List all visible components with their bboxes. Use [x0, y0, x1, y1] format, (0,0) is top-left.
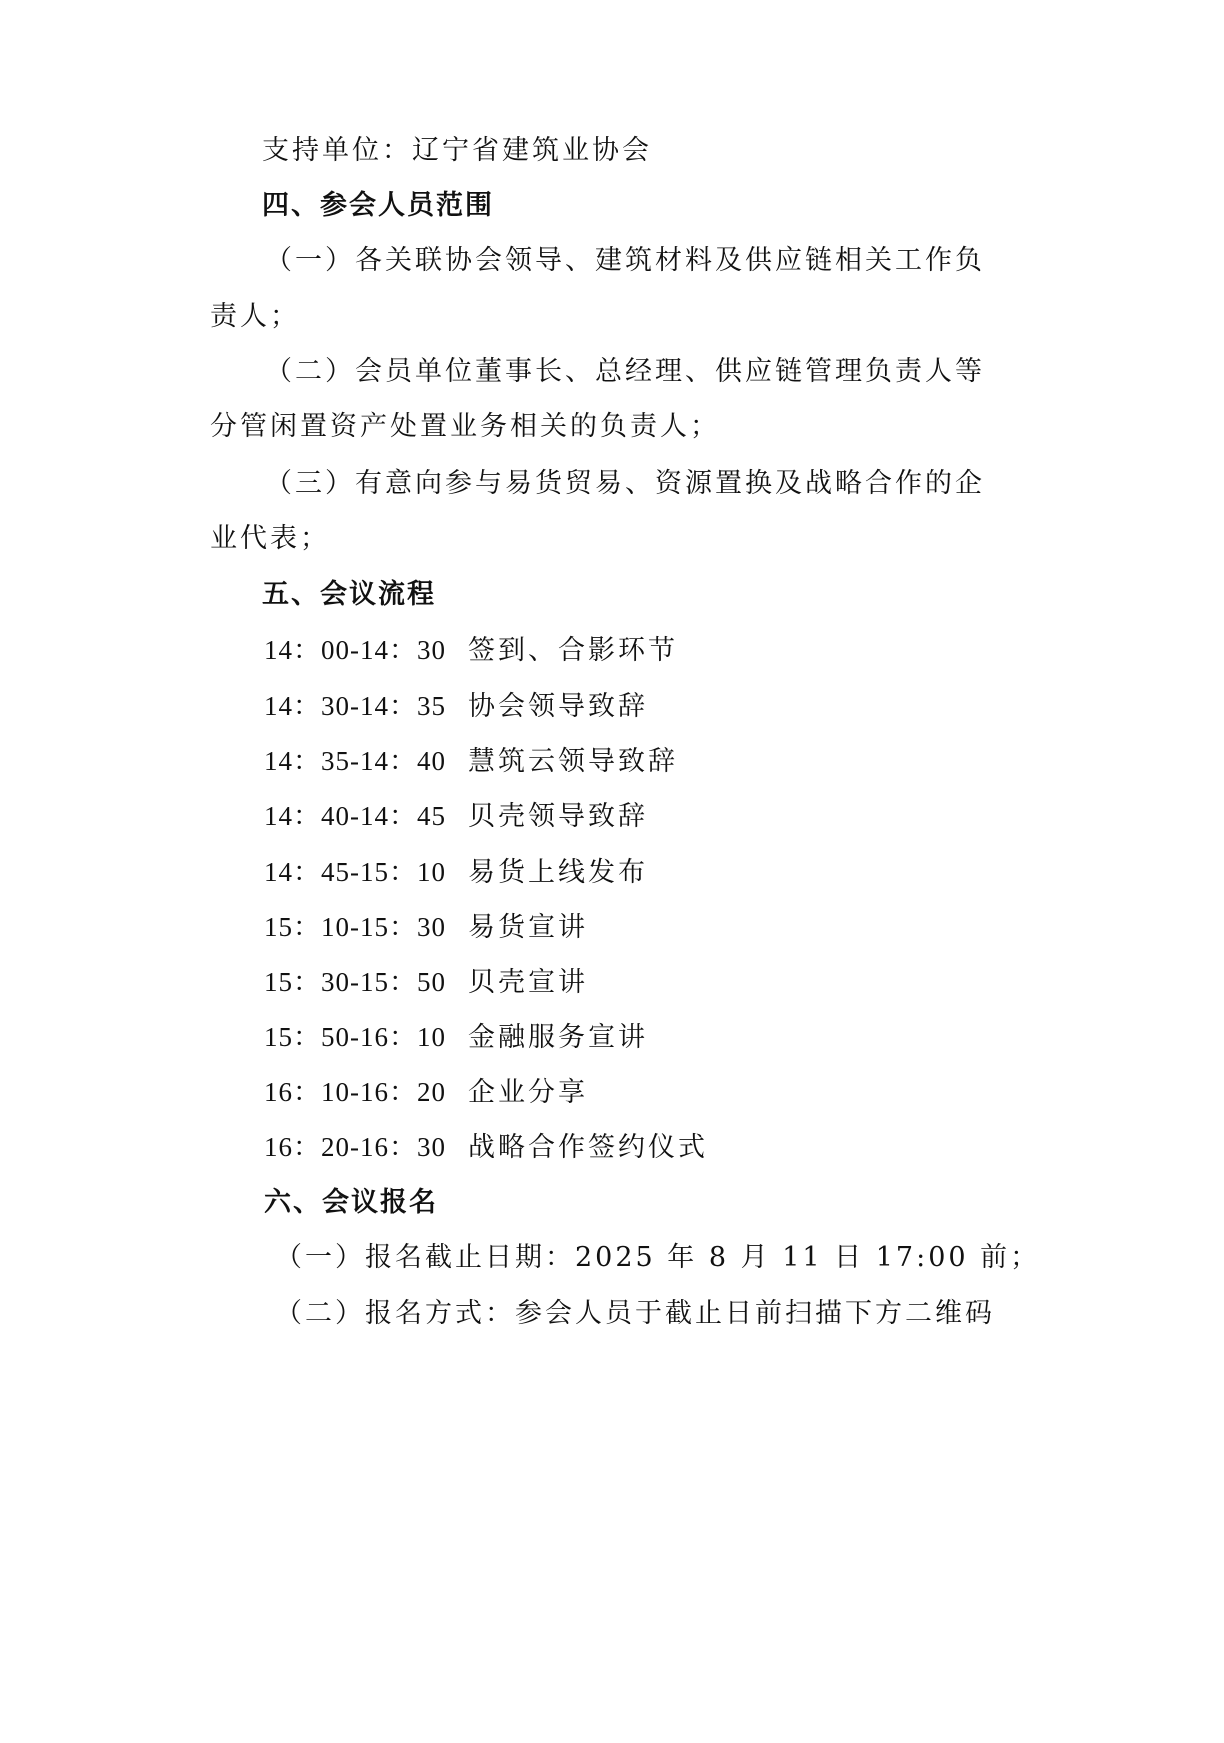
agenda-row: 16：20-16：30战略合作签约仪式	[264, 1130, 708, 1165]
section-4-item-2-line-2: 分管闲置资产处置业务相关的负责人；	[210, 410, 720, 444]
section-6-heading: 六、会议报名	[264, 1186, 438, 1220]
agenda-item: 战略合作签约仪式	[468, 1132, 708, 1163]
agenda-time: 15：30-15：50	[264, 965, 468, 999]
agenda-time: 14：40-14：45	[264, 799, 468, 833]
agenda-time: 14：45-15：10	[264, 855, 468, 889]
section-4-item-1-line-1: （一）各关联协会领导、建筑材料及供应链相关工作负	[265, 244, 985, 278]
agenda-row: 14：35-14：40慧筑云领导致辞	[264, 744, 678, 779]
agenda-time: 16：10-16：20	[264, 1075, 468, 1109]
agenda-time: 14：30-14：35	[264, 689, 468, 723]
registration-deadline: （一）报名截止日期：2025 年 8 月 11 日 17:00 前；	[275, 1241, 1040, 1275]
agenda-time: 15：10-15：30	[264, 910, 468, 944]
agenda-row: 14：40-14：45贝壳领导致辞	[264, 799, 648, 834]
agenda-item: 企业分享	[468, 1077, 588, 1108]
agenda-row: 15：50-16：10金融服务宣讲	[264, 1020, 648, 1055]
agenda-item: 金融服务宣讲	[468, 1022, 648, 1053]
agenda-time: 15：50-16：10	[264, 1020, 468, 1054]
agenda-item: 易货宣讲	[468, 912, 588, 943]
agenda-time: 14：35-14：40	[264, 744, 468, 778]
section-4-item-1-line-2: 责人；	[210, 300, 300, 334]
agenda-item: 易货上线发布	[468, 857, 648, 888]
agenda-row: 14：00-14：30签到、合影环节	[264, 633, 678, 668]
agenda-item: 慧筑云领导致辞	[468, 746, 678, 777]
section-5-heading: 五、会议流程	[262, 578, 436, 612]
section-4-item-3-line-2: 业代表；	[210, 522, 330, 556]
support-unit-line: 支持单位：辽宁省建筑业协会	[262, 134, 652, 168]
agenda-item: 协会领导致辞	[468, 691, 648, 722]
section-4-heading: 四、参会人员范围	[262, 189, 494, 223]
agenda-row: 15：30-15：50贝壳宣讲	[264, 965, 588, 1000]
agenda-item: 签到、合影环节	[468, 635, 678, 666]
agenda-time: 16：20-16：30	[264, 1130, 468, 1164]
agenda-time: 14：00-14：30	[264, 633, 468, 667]
agenda-row: 16：10-16：20企业分享	[264, 1075, 588, 1110]
registration-method: （二）报名方式：参会人员于截止日前扫描下方二维码	[275, 1297, 995, 1331]
section-4-item-2-line-1: （二）会员单位董事长、总经理、供应链管理负责人等	[265, 355, 985, 389]
section-4-item-3-line-1: （三）有意向参与易货贸易、资源置换及战略合作的企	[265, 467, 985, 501]
agenda-item: 贝壳领导致辞	[468, 801, 648, 832]
agenda-row: 15：10-15：30易货宣讲	[264, 910, 588, 945]
agenda-row: 14：30-14：35协会领导致辞	[264, 689, 648, 724]
agenda-row: 14：45-15：10易货上线发布	[264, 855, 648, 890]
agenda-item: 贝壳宣讲	[468, 967, 588, 998]
